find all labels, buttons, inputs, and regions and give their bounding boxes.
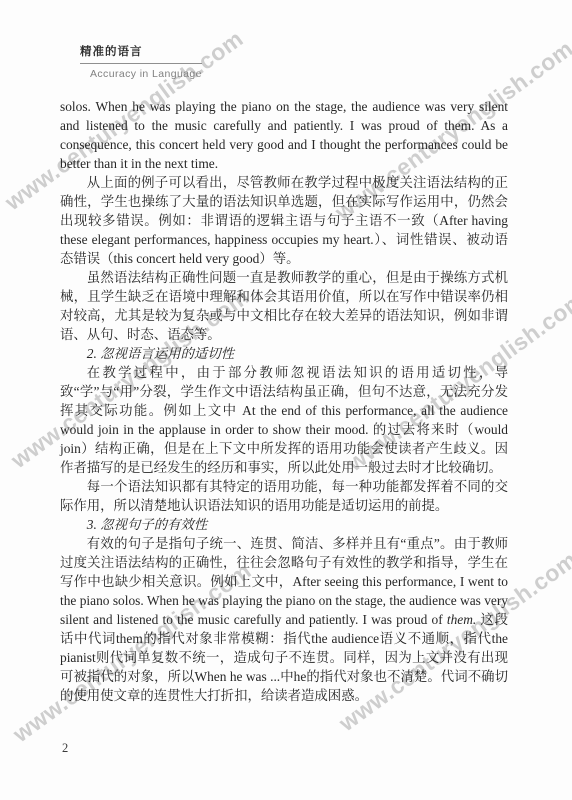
paragraph-segment-italic: them.	[447, 612, 476, 627]
paragraph: 每一个语法知识都有其特定的语用功能，每一种功能都发挥着不同的交际作用，所以清楚地…	[60, 477, 508, 515]
running-head: 精准的语言 Accuracy in Language	[80, 43, 202, 80]
paragraph: 有效的句子是指句子统一、连贯、简洁、多样并且有“重点”。由于教师过度关注语法结构…	[60, 534, 508, 705]
page-number: 2	[62, 741, 68, 756]
running-head-rule	[80, 63, 202, 64]
running-head-subtitle: Accuracy in Language	[90, 68, 202, 80]
paragraph: 虽然语法结构正确性问题一直是教师教学的重心，但是由于操练方式机械，且学生缺乏在语…	[60, 268, 508, 344]
section-heading-3: 3. 忽视句子的有效性	[60, 515, 508, 534]
body-text: solos. When he was playing the piano on …	[60, 97, 508, 705]
section-heading-2: 2. 忽视语言运用的适切性	[60, 344, 508, 363]
running-head-title: 精准的语言	[80, 43, 202, 59]
paragraph: 在教学过程中，由于部分教师忽视语法知识的语用适切性，导致“学”与“用”分裂，学生…	[60, 363, 508, 477]
paragraph: 从上面的例子可以看出，尽管教师在教学过程中极度关注语法结构的正确性，学生也操练了…	[60, 173, 508, 268]
document-page: www.centuryenglish.com www.centuryenglis…	[0, 0, 572, 800]
paragraph-segment: 有效的句子是指句子统一、连贯、简洁、多样并且有“重点”。由于教师过度关注语法结构…	[60, 536, 508, 627]
paragraph-continuation: solos. When he was playing the piano on …	[60, 97, 508, 173]
